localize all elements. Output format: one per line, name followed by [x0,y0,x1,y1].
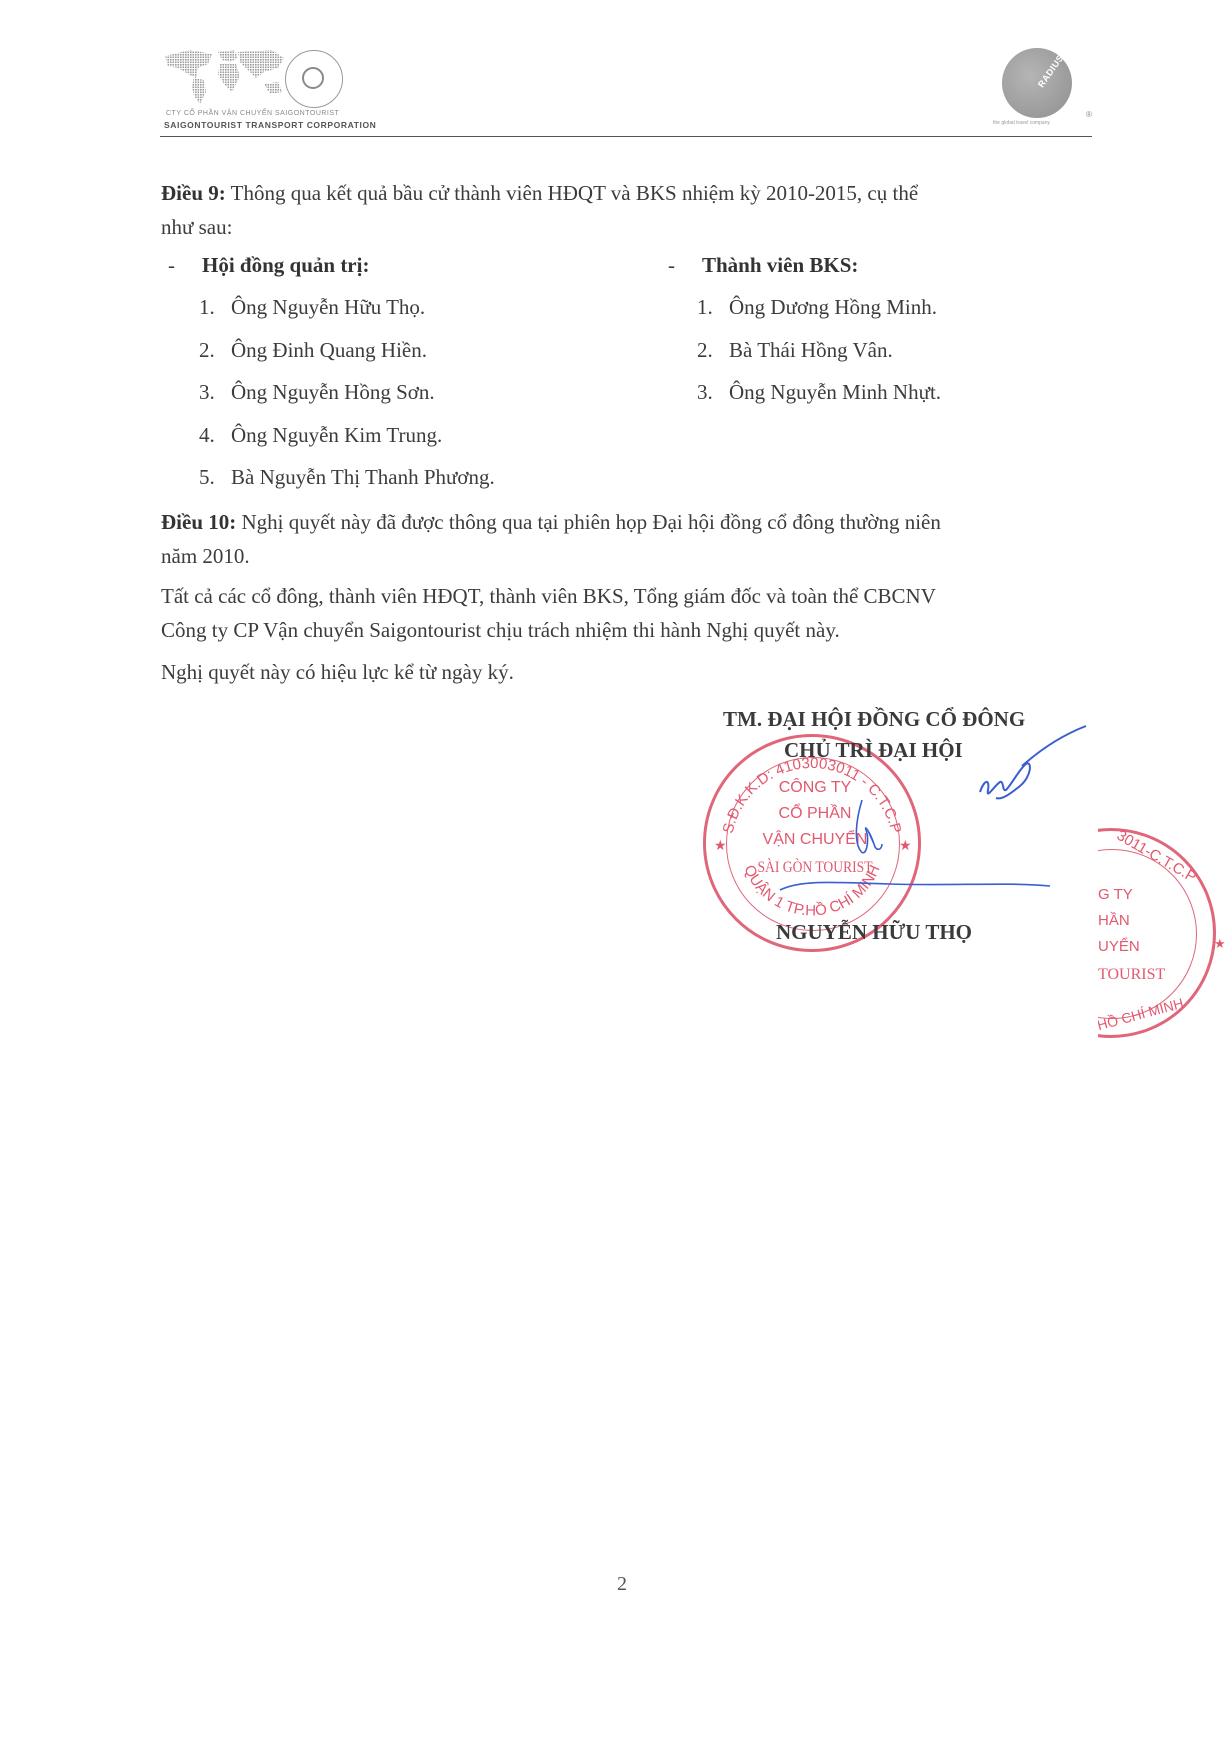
bullet-dash: - [668,253,702,278]
article-9-text-cont: như sau: [161,210,1091,244]
member-name: Ông Đinh Quang Hiền. [231,338,427,362]
supervisory-heading-text: Thành viên BKS: [702,253,858,277]
logo-name: SAIGONTOURIST TRANSPORT CORPORATION [164,120,376,130]
bullet-dash: - [168,253,202,278]
member-name: Bà Thái Hồng Vân. [729,338,893,362]
star-icon: ★ [1214,936,1226,952]
member-name: Ông Dương Hồng Minh. [729,295,937,319]
handwritten-signature-icon [770,720,1090,900]
member-number: 5. [199,465,231,490]
radius-logo-text: RADIUS [1036,53,1066,89]
board-member: 1.Ông Nguyễn Hữu Thọ. [199,295,425,320]
article-9-label: Điều 9: [161,181,226,205]
supervisory-member: 2.Bà Thái Hồng Vân. [697,338,893,363]
board-member: 5.Bà Nguyễn Thị Thanh Phương. [199,465,495,490]
member-name: Ông Nguyễn Kim Trung. [231,423,442,447]
board-heading-text: Hội đồng quản trị: [202,253,369,277]
member-name: Ông Nguyễn Minh Nhựt. [729,380,941,404]
member-number: 3. [697,380,729,405]
supervisory-heading: -Thành viên BKS: [668,253,858,278]
registered-mark: ® [1086,110,1092,119]
article-10-text: Nghị quyết này đã được thông qua tại phi… [242,510,941,534]
member-number: 2. [199,338,231,363]
company-logo: CTY CỔ PHẦN VẬN CHUYỂN SAIGONTOURIST SAI… [160,44,350,134]
supervisory-member: 3.Ông Nguyễn Minh Nhựt. [697,380,941,405]
article-10-text-cont: năm 2010. [161,539,1091,573]
member-number: 2. [697,338,729,363]
article-10: Điều 10: Nghị quyết này đã được thông qu… [161,505,1091,573]
responsibility-line-1: Tất cả các cổ đông, thành viên HĐQT, thà… [161,579,1091,613]
stamp-line: HẦN [1098,912,1130,929]
board-heading: -Hội đồng quản trị: [168,253,369,278]
partial-stamp: 3011-C.T.C.P G TY HẦN UYỂN TOURIST HỒ CH… [1098,828,1231,1038]
article-10-label: Điều 10: [161,510,236,534]
radius-logo-icon: RADIUS [1002,48,1072,118]
board-member: 2.Ông Đinh Quang Hiền. [199,338,427,363]
effective-paragraph: Nghị quyết này có hiệu lực kể từ ngày ký… [161,655,1091,689]
responsibility-line-2: Công ty CP Vận chuyển Saigontourist chịu… [161,613,1091,647]
responsibility-paragraph: Tất cả các cổ đông, thành viên HĐQT, thà… [161,579,1091,647]
supervisory-member: 1.Ông Dương Hồng Minh. [697,295,937,320]
member-name: Bà Nguyễn Thị Thanh Phương. [231,465,495,489]
header-divider [160,136,1092,137]
member-number: 1. [199,295,231,320]
article-9: Điều 9: Thông qua kết quả bầu cử thành v… [161,176,1091,244]
radius-tagline: the global travel company [993,120,1050,126]
signer-name: NGUYỄN HỮU THỌ [776,920,972,945]
stamp-line: G TY [1098,886,1133,903]
member-name: Ông Nguyễn Hồng Sơn. [231,380,435,404]
board-member: 4.Ông Nguyễn Kim Trung. [199,423,442,448]
sun-emblem-icon [285,50,343,108]
member-number: 4. [199,423,231,448]
page-number: 2 [617,1573,627,1596]
logo-subtitle: CTY CỔ PHẦN VẬN CHUYỂN SAIGONTOURIST [166,110,339,117]
member-number: 3. [199,380,231,405]
member-name: Ông Nguyễn Hữu Thọ. [231,295,425,319]
stamp-line: TOURIST [1098,966,1165,984]
star-icon: ★ [714,837,727,854]
article-9-text: Thông qua kết quả bầu cử thành viên HĐQT… [231,181,919,205]
board-member: 3.Ông Nguyễn Hồng Sơn. [199,380,435,405]
stamp-line: UYỂN [1098,938,1140,955]
member-number: 1. [697,295,729,320]
